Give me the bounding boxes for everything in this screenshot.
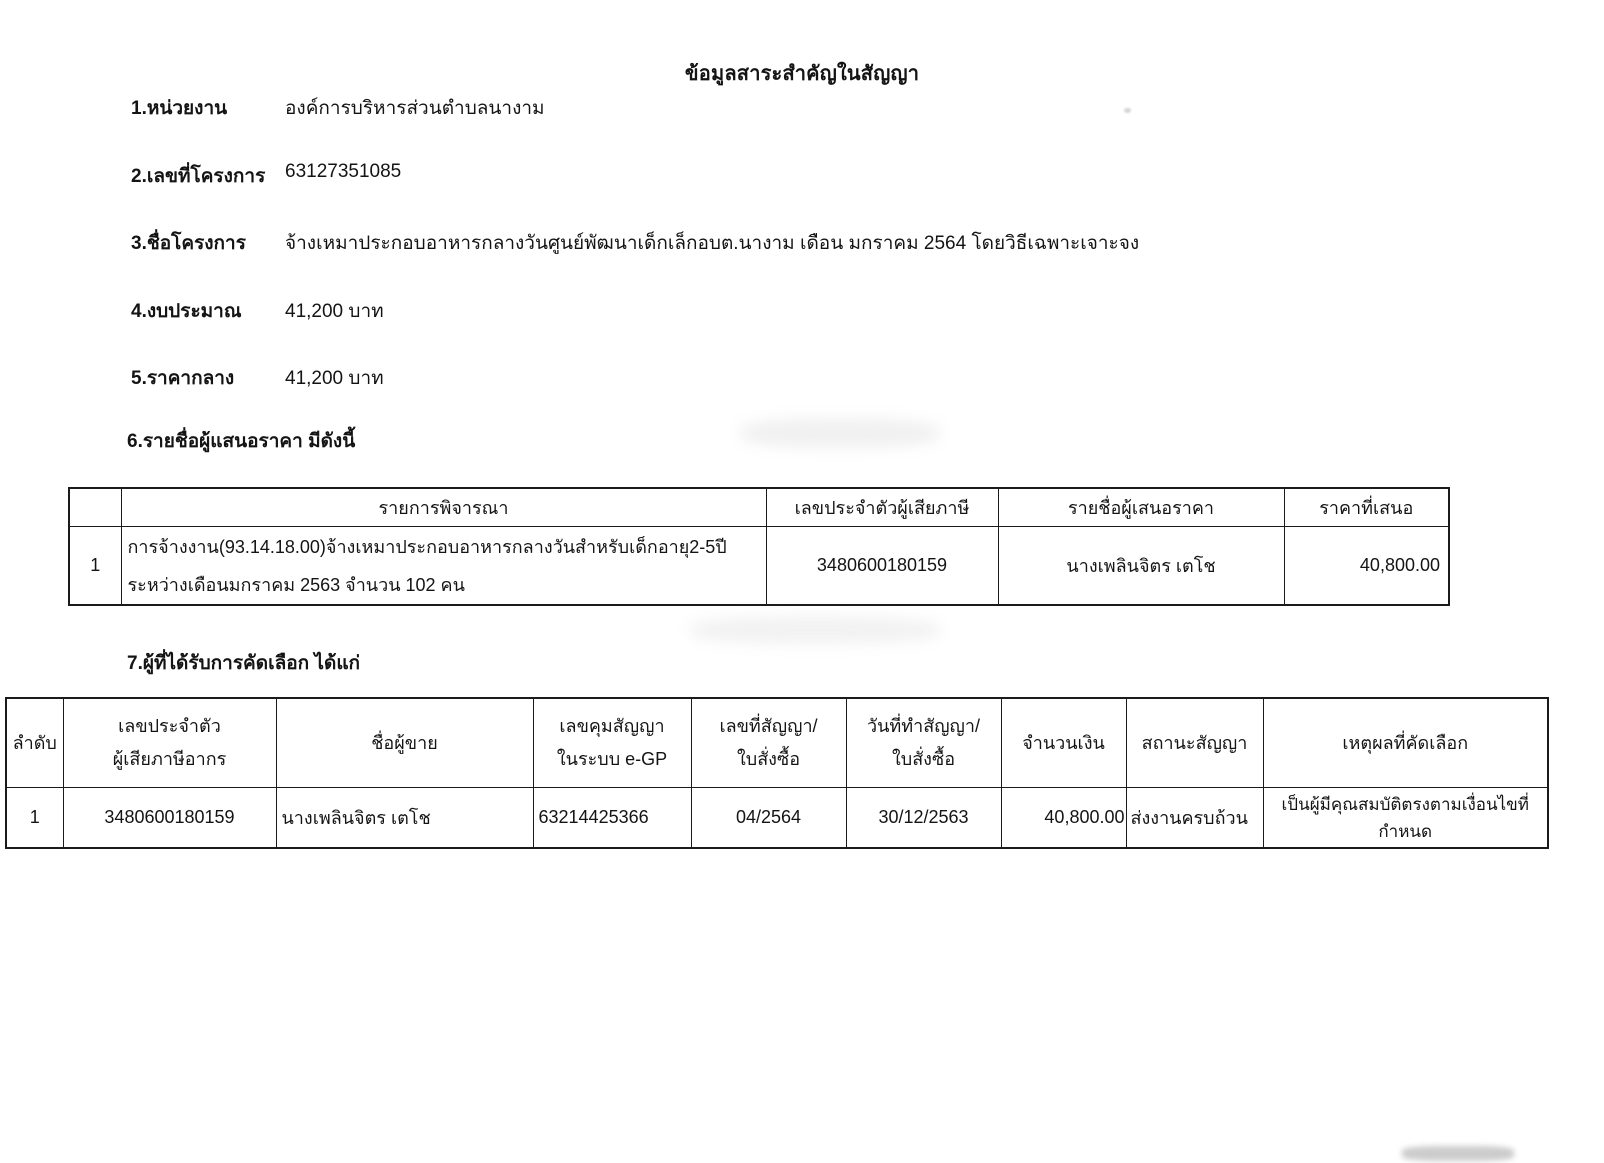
- bidders-row-index: 1: [69, 527, 121, 606]
- bidders-table-header-row: รายการพิจารณา เลขประจำตัวผู้เสียภาษี ราย…: [69, 488, 1449, 527]
- field-budget-value: 41,200 บาท: [285, 296, 384, 326]
- selected-header-seller-name: ชื่อผู้ขาย: [276, 698, 533, 788]
- selected-header-tax-id-line1: เลขประจำตัว: [68, 710, 272, 743]
- selected-header-amount: จำนวนเงิน: [1001, 698, 1126, 788]
- bidders-header-tax-id: เลขประจำตัวผู้เสียภาษี: [766, 488, 998, 527]
- selected-header-contract-status: สถานะสัญญา: [1126, 698, 1263, 788]
- selected-vendor-table: ลำดับ เลขประจำตัว ผู้เสียภาษีอากร ชื่อผู…: [5, 697, 1549, 849]
- field-project-name: 3.ชื่อโครงการจ้างเหมาประกอบอาหารกลางวันศ…: [131, 228, 1231, 258]
- selected-row-selection-reason: เป็นผู้มีคุณสมบัติตรงตามเงื่อนไขที่กำหนด: [1263, 788, 1548, 849]
- selected-header-contract-date-line2: ใบสั่งซื้อ: [851, 743, 997, 776]
- bidders-header-bidder-name: รายชื่อผู้เสนอราคา: [998, 488, 1284, 527]
- bidders-row-consideration: การจ้างงาน(93.14.18.00)จ้างเหมาประกอบอาห…: [121, 527, 766, 606]
- selected-row-contract-no: 04/2564: [691, 788, 846, 849]
- field-agency: 1.หน่วยงานองค์การบริหารส่วนตำบลนางาม: [131, 93, 1231, 123]
- field-project-number-value: 63127351085: [285, 161, 401, 183]
- scan-corner-smudge-artifact: [1402, 1146, 1514, 1161]
- scan-smudge-artifact: [740, 418, 940, 448]
- selected-header-tax-id-line2: ผู้เสียภาษีอากร: [68, 743, 272, 776]
- selected-header-egp: เลขคุมสัญญา ในระบบ e-GP: [533, 698, 691, 788]
- selected-header-order: ลำดับ: [6, 698, 63, 788]
- selected-header-contract-no: เลขที่สัญญา/ ใบสั่งซื้อ: [691, 698, 846, 788]
- bidders-row-consideration-line2: ระหว่างเดือนมกราคม 2563 จำนวน 102 คน: [128, 566, 762, 604]
- field-project-name-value: จ้างเหมาประกอบอาหารกลางวันศูนย์พัฒนาเด็ก…: [285, 228, 1139, 258]
- selected-header-contract-no-line2: ใบสั่งซื้อ: [696, 743, 842, 776]
- selected-header-contract-date: วันที่ทำสัญญา/ ใบสั่งซื้อ: [846, 698, 1001, 788]
- selected-row-egp-no: 63214425366: [533, 788, 691, 849]
- selected-header-selection-reason: เหตุผลที่คัดเลือก: [1263, 698, 1548, 788]
- selected-row-amount: 40,800.00: [1001, 788, 1126, 849]
- field-agency-label: 1.หน่วยงาน: [131, 93, 285, 123]
- selected-row-seller-name: นางเพลินจิตร เตโช: [276, 788, 533, 849]
- field-median-price: 5.ราคากลาง41,200 บาท: [131, 363, 1231, 393]
- selected-header-egp-line2: ในระบบ e-GP: [538, 743, 687, 776]
- section6-heading: 6.รายชื่อผู้แสนอราคา มีดังนี้: [127, 426, 355, 456]
- selected-header-egp-line1: เลขคุมสัญญา: [538, 710, 687, 743]
- field-project-number: 2.เลขที่โครงการ63127351085: [131, 161, 1231, 191]
- selected-table-header-row: ลำดับ เลขประจำตัว ผู้เสียภาษีอากร ชื่อผู…: [6, 698, 1548, 788]
- selected-header-contract-date-line1: วันที่ทำสัญญา/: [851, 710, 997, 743]
- selected-row-contract-status: ส่งงานครบถ้วน: [1126, 788, 1263, 849]
- field-budget-label: 4.งบประมาณ: [131, 296, 285, 326]
- bidders-row-bidder-name: นางเพลินจิตร เตโช: [998, 527, 1284, 606]
- field-agency-value: องค์การบริหารส่วนตำบลนางาม: [285, 93, 545, 123]
- bidders-table-row: 1 การจ้างงาน(93.14.18.00)จ้างเหมาประกอบอ…: [69, 527, 1449, 606]
- field-project-number-label: 2.เลขที่โครงการ: [131, 161, 285, 191]
- selected-row-contract-date: 30/12/2563: [846, 788, 1001, 849]
- bidders-header-offered-price: ราคาที่เสนอ: [1284, 488, 1449, 527]
- section7-heading: 7.ผู้ที่ได้รับการคัดเลือก ได้แก่: [127, 648, 360, 678]
- bidders-row-tax-id: 3480600180159: [766, 527, 998, 606]
- field-budget: 4.งบประมาณ41,200 บาท: [131, 296, 1231, 326]
- document-title: ข้อมูลสาระสำคัญในสัญญา: [0, 57, 1604, 89]
- field-median-price-value: 41,200 บาท: [285, 363, 384, 393]
- scan-smudge-artifact: [690, 616, 940, 644]
- selected-header-contract-no-line1: เลขที่สัญญา/: [696, 710, 842, 743]
- selected-row-order: 1: [6, 788, 63, 849]
- field-project-name-label: 3.ชื่อโครงการ: [131, 228, 285, 258]
- bidders-header-consideration: รายการพิจารณา: [121, 488, 766, 527]
- bidders-row-offered-price: 40,800.00: [1284, 527, 1449, 606]
- selected-table-row: 1 3480600180159 นางเพลินจิตร เตโช 632144…: [6, 788, 1548, 849]
- selected-header-tax-id: เลขประจำตัว ผู้เสียภาษีอากร: [63, 698, 276, 788]
- bidders-row-consideration-line1: การจ้างงาน(93.14.18.00)จ้างเหมาประกอบอาห…: [128, 528, 762, 566]
- bidders-header-index: [69, 488, 121, 527]
- bidders-table: รายการพิจารณา เลขประจำตัวผู้เสียภาษี ราย…: [68, 487, 1450, 606]
- field-median-price-label: 5.ราคากลาง: [131, 363, 285, 393]
- selected-row-tax-id: 3480600180159: [63, 788, 276, 849]
- scanned-contract-document: ข้อมูลสาระสำคัญในสัญญา 1.หน่วยงานองค์การ…: [0, 0, 1604, 1163]
